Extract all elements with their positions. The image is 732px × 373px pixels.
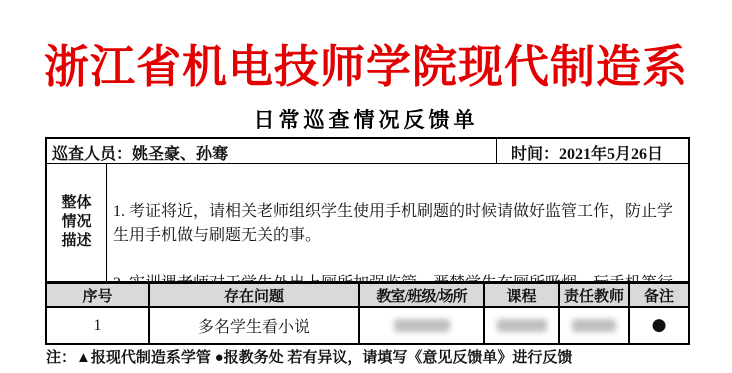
redacted-classroom-blur (394, 319, 450, 332)
overall-situation-row: 整体 情况 描述 1. 考证将近，请相关老师组织学生使用手机刷题的时候请做好监管… (47, 164, 688, 284)
time-cell: 时间：2021年5月26日 (497, 139, 688, 163)
course-cell (485, 308, 560, 343)
feedback-table: 巡查人员：姚圣豪、孙骞 时间：2021年5月26日 整体 情况 描述 1. 考证… (45, 137, 690, 345)
overall-label-line: 整体 (61, 194, 91, 213)
document-page: 浙江省机电技师学院现代制造系 日常巡查情况反馈单 巡查人员：姚圣豪、孙骞 时间：… (0, 0, 732, 373)
header-seq-no: 序号 (47, 284, 150, 306)
overall-description-cell: 1. 考证将近，请相关老师组织学生使用手机刷题的时候请做好监管工作，防止学 生用… (107, 164, 688, 281)
header-course: 课程 (485, 284, 560, 306)
info-row: 巡查人员：姚圣豪、孙骞 时间：2021年5月26日 (47, 139, 688, 164)
overall-description-item-1: 1. 考证将近，请相关老师组织学生使用手机刷题的时候请做好监管工作，防止学 生用… (113, 200, 686, 248)
teacher-cell (560, 308, 630, 343)
institution-title: 浙江省机电技师学院现代制造系 (0, 38, 732, 96)
overall-label-line: 情况 (61, 213, 91, 232)
table-row: 1 多名学生看小说 ● (47, 308, 688, 343)
footnote-legend: 注：▲报现代制造系学管 ●报教务处 若有异议，请填写《意见反馈单》进行反馈 (46, 346, 706, 367)
inspectors-cell: 巡查人员：姚圣豪、孙骞 (47, 139, 497, 163)
remark-cell: ● (630, 308, 688, 343)
redacted-teacher-blur (572, 319, 616, 332)
overall-description-item-2: 2. 实训课老师对于学生外出上厕所加强监管，严禁学生在厕所吸烟、玩手机等行 为。 (113, 272, 686, 281)
overall-label-cell: 整体 情况 描述 (47, 164, 107, 281)
overall-label-line: 描述 (61, 232, 91, 251)
header-remark: 备注 (630, 284, 688, 306)
header-problem: 存在问题 (150, 284, 360, 306)
problem-cell: 多名学生看小说 (150, 308, 360, 343)
form-title: 日常巡查情况反馈单 (0, 107, 732, 133)
header-teacher: 责任教师 (560, 284, 630, 306)
seq-no-cell: 1 (47, 308, 150, 343)
redacted-course-blur (497, 319, 547, 332)
header-classroom: 教室/班级/场所 (360, 284, 485, 306)
issues-header-row: 序号 存在问题 教室/班级/场所 课程 责任教师 备注 (47, 284, 688, 308)
classroom-cell (360, 308, 485, 343)
black-dot-icon: ● (652, 317, 667, 334)
